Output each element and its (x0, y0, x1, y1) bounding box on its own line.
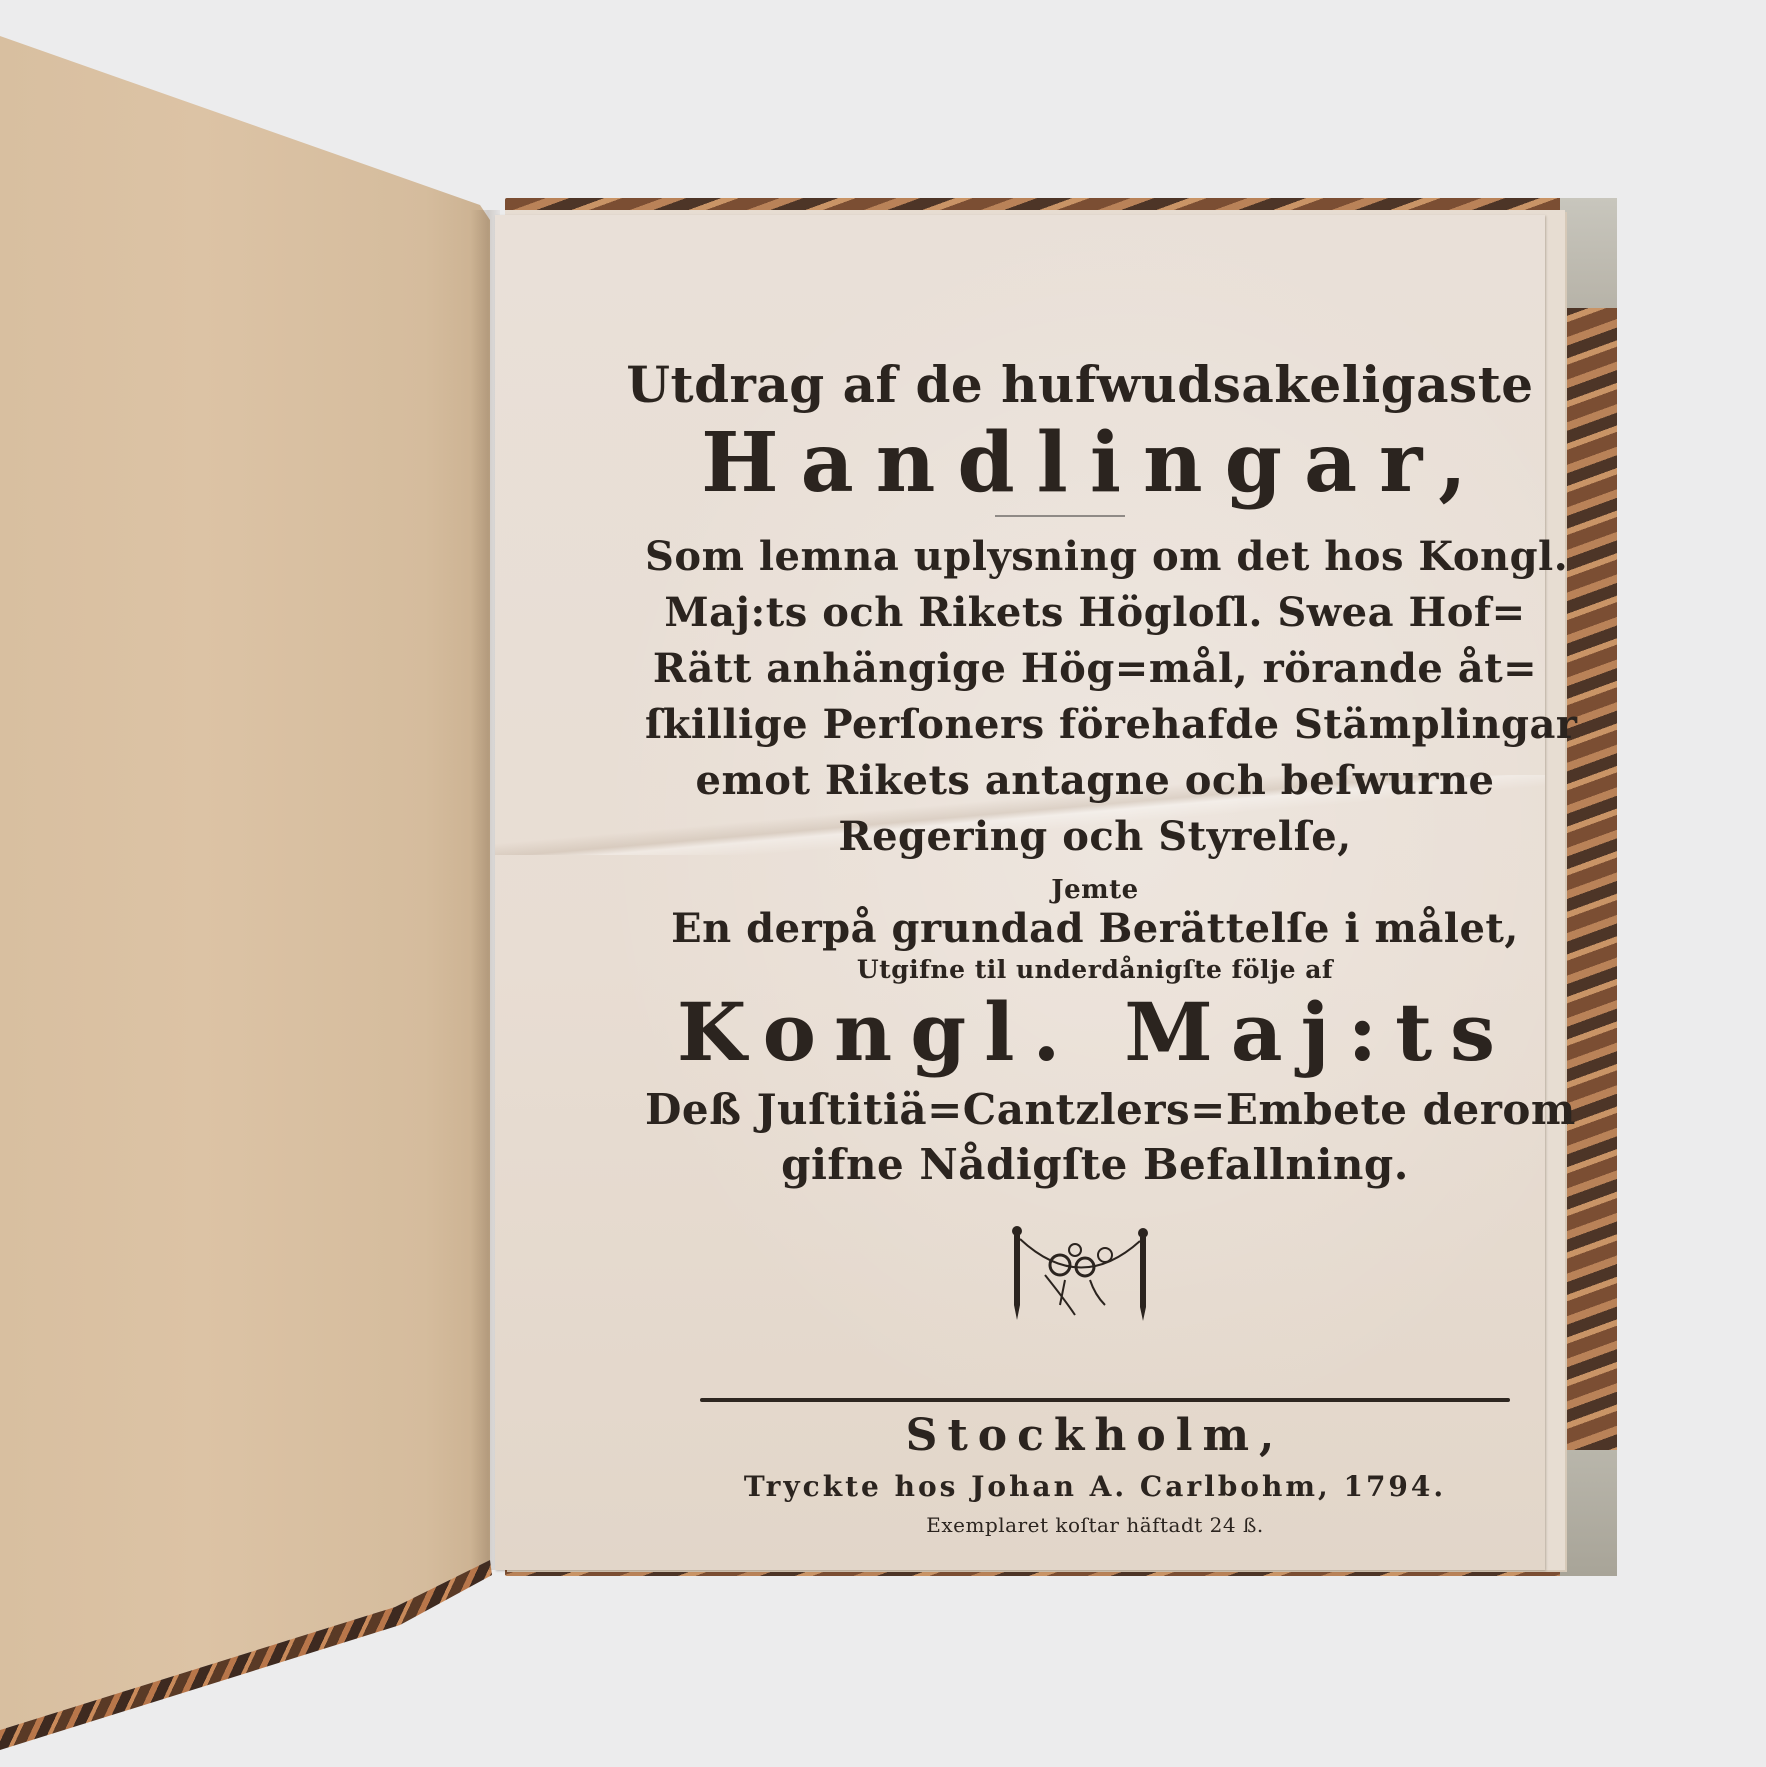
title-line-10: En derpå grundad Berättelſe i målet, (645, 905, 1545, 952)
imprint-printer: Tryckte hos Johan A. Carlbohm, 1794. (645, 1470, 1545, 1503)
title-line-1: Utdrag af de hufwudsakeligaste (615, 355, 1545, 414)
title-line-5: Rätt anhängige Hög=mål, rörande åt= (645, 645, 1545, 692)
title-line-11: Utgifne til underdånigſte följe af (645, 955, 1545, 984)
cover-corner-vellum-top (1560, 198, 1617, 308)
title-line-7: emot Rikets antagne och beſwurne (645, 757, 1545, 804)
title-kongl-majts: Kongl. Maj:ts (645, 985, 1545, 1079)
left-flyleaf-page (0, 0, 500, 1767)
title-line-8: Regering och Styrelſe, (645, 813, 1545, 860)
title-line-13: Deß Juſtitiä=Cantzlers=Embete derom (645, 1085, 1545, 1134)
title-line-14: gifne Nådigſte Befallning. (645, 1140, 1545, 1189)
title-line-6: ſkillige Perſoners förehafde Stämplingar (645, 701, 1545, 748)
floral-garland-ornament-icon (1005, 1225, 1155, 1325)
pencil-underline (995, 515, 1125, 517)
book-photo-scene: Utdrag af de hufwudsakeligaste Handlinga… (0, 0, 1766, 1767)
title-main-word: Handlingar, (645, 415, 1545, 511)
cover-corner-vellum-bottom (1560, 1450, 1617, 1576)
title-page: Utdrag af de hufwudsakeligaste Handlinga… (495, 215, 1545, 1570)
title-line-jemte: Jemte (645, 875, 1545, 905)
title-line-3: Som lemna uplysning om det hos Kongl. (645, 533, 1545, 580)
price-note: Exemplaret koſtar häftadt 24 ß. (645, 1513, 1545, 1537)
horizontal-rule (700, 1398, 1510, 1402)
title-line-4: Maj:ts och Rikets Högloſl. Swea Hof= (645, 589, 1545, 636)
imprint-city: Stockholm, (645, 1410, 1545, 1461)
